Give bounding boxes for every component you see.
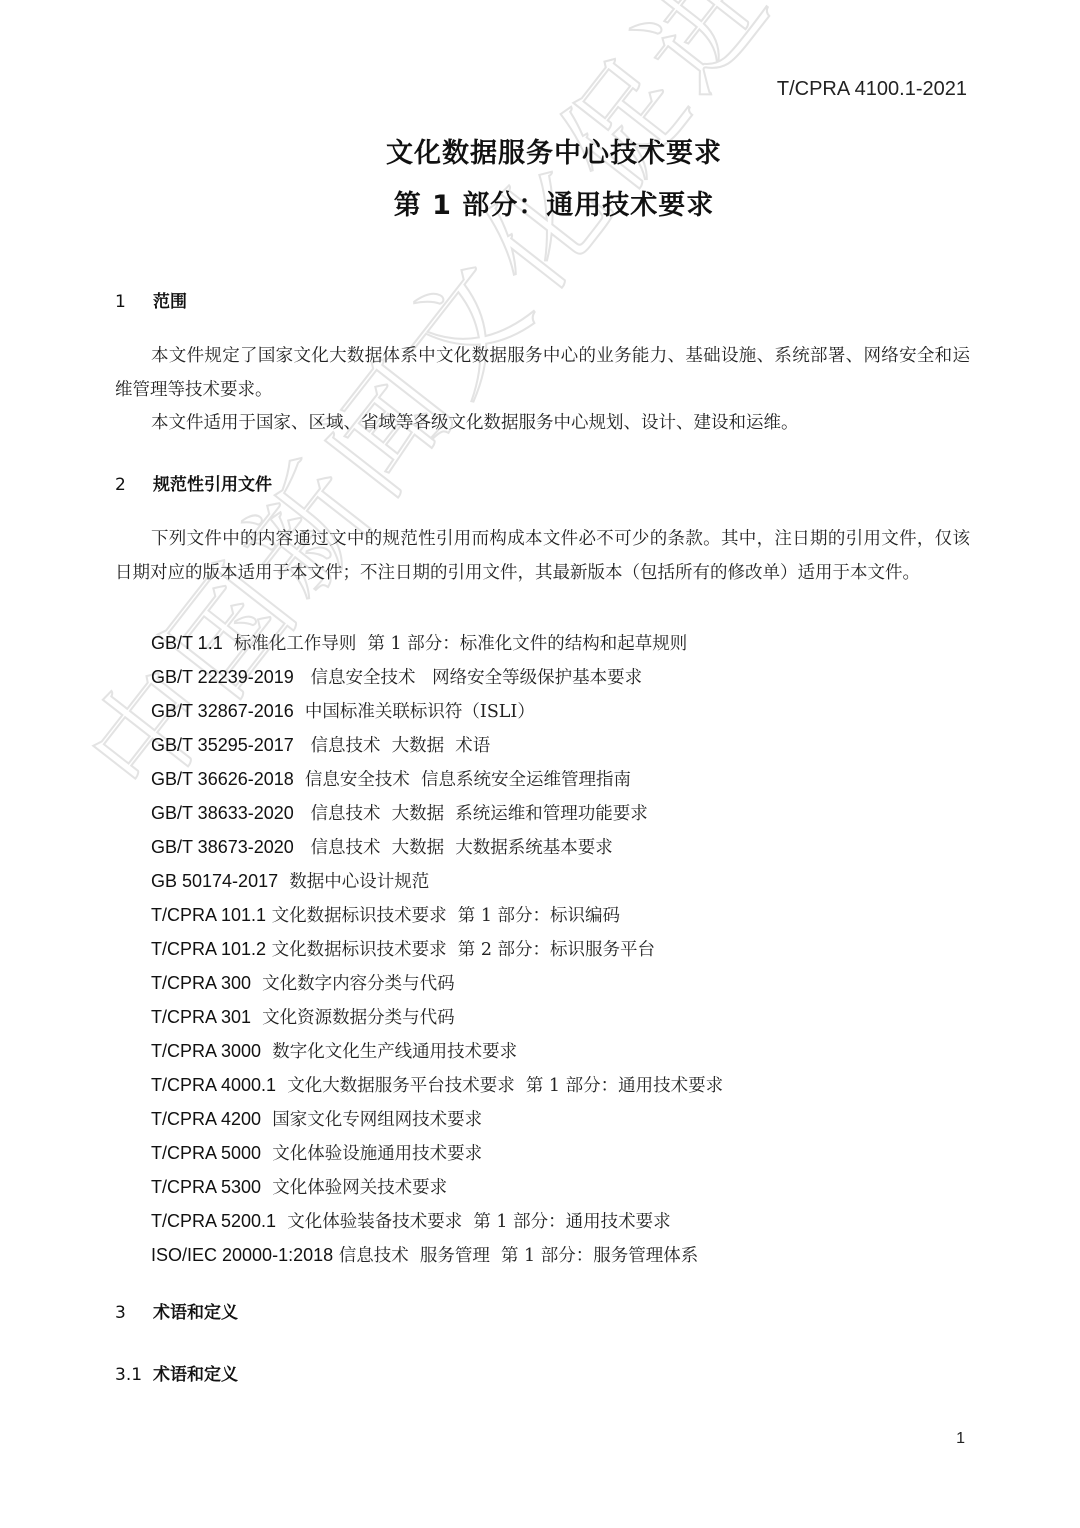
reference-code: ISO/IEC 20000-1:2018 xyxy=(151,1245,333,1265)
reference-title: 文化大数据服务平台技术要求 第 1 部分：通用技术要求 xyxy=(276,1076,723,1096)
section-number: 1 xyxy=(115,292,153,312)
document-title: 文化数据服务中心技术要求 xyxy=(0,131,1080,170)
reference-list: GB/T 1.1 标准化工作导则 第 1 部分：标准化文件的结构和起草规则 GB… xyxy=(151,626,723,1272)
reference-item: GB/T 32867-2016 中国标准关联标识符（ISLI） xyxy=(151,694,723,728)
section-1-heading: 1范围 xyxy=(115,287,187,312)
reference-title: 信息安全技术 网络安全等级保护基本要求 xyxy=(294,668,642,688)
reference-code: T/CPRA 5200.1 xyxy=(151,1211,276,1231)
reference-item: T/CPRA 4200 国家文化专网组网技术要求 xyxy=(151,1102,723,1136)
reference-item: GB/T 38673-2020 信息技术 大数据 大数据系统基本要求 xyxy=(151,830,723,864)
reference-item: T/CPRA 101.2 文化数据标识技术要求 第 2 部分：标识服务平台 xyxy=(151,932,723,966)
section-title: 术语和定义 xyxy=(153,1365,238,1385)
reference-item: GB/T 38633-2020 信息技术 大数据 系统运维和管理功能要求 xyxy=(151,796,723,830)
section-title: 规范性引用文件 xyxy=(153,475,272,495)
section-number: 2 xyxy=(115,475,153,495)
reference-item: GB 50174-2017 数据中心设计规范 xyxy=(151,864,723,898)
reference-item: GB/T 36626-2018 信息安全技术 信息系统安全运维管理指南 xyxy=(151,762,723,796)
reference-title: 文化资源数据分类与代码 xyxy=(251,1008,455,1028)
reference-title: 文化数字内容分类与代码 xyxy=(251,974,455,994)
document-code: T/CPRA 4100.1-2021 xyxy=(777,78,967,101)
reference-item: T/CPRA 5200.1 文化体验装备技术要求 第 1 部分：通用技术要求 xyxy=(151,1204,723,1238)
reference-code: GB/T 32867-2016 xyxy=(151,701,294,721)
page-number: 1 xyxy=(956,1430,965,1448)
reference-item: T/CPRA 3000 数字化文化生产线通用技术要求 xyxy=(151,1034,723,1068)
reference-item: ISO/IEC 20000-1:2018 信息技术 服务管理 第 1 部分：服务… xyxy=(151,1238,723,1272)
reference-code: T/CPRA 101.2 xyxy=(151,939,266,959)
reference-item: GB/T 35295-2017 信息技术 大数据 术语 xyxy=(151,728,723,762)
scope-paragraph-2: 本文件适用于国家、区域、省域等各级文化数据服务中心规划、设计、建设和运维。 xyxy=(115,406,970,440)
reference-title: 文化数据标识技术要求 第 2 部分：标识服务平台 xyxy=(266,940,655,960)
reference-title: 文化数据标识技术要求 第 1 部分：标识编码 xyxy=(266,906,620,926)
reference-code: GB/T 38673-2020 xyxy=(151,837,294,857)
reference-code: T/CPRA 4000.1 xyxy=(151,1075,276,1095)
reference-code: GB/T 38633-2020 xyxy=(151,803,294,823)
reference-title: 标准化工作导则 第 1 部分：标准化文件的结构和起草规则 xyxy=(223,634,688,654)
reference-item: GB/T 22239-2019 信息安全技术 网络安全等级保护基本要求 xyxy=(151,660,723,694)
reference-code: GB/T 1.1 xyxy=(151,633,223,653)
reference-code: GB 50174-2017 xyxy=(151,871,278,891)
reference-code: T/CPRA 4200 xyxy=(151,1109,261,1129)
reference-title: 信息技术 大数据 大数据系统基本要求 xyxy=(294,838,613,858)
reference-code: GB/T 36626-2018 xyxy=(151,769,294,789)
reference-title: 信息技术 服务管理 第 1 部分：服务管理体系 xyxy=(333,1246,698,1266)
reference-item: T/CPRA 4000.1 文化大数据服务平台技术要求 第 1 部分：通用技术要… xyxy=(151,1068,723,1102)
reference-title: 文化体验网关技术要求 xyxy=(261,1178,447,1198)
reference-item: GB/T 1.1 标准化工作导则 第 1 部分：标准化文件的结构和起草规则 xyxy=(151,626,723,660)
reference-title: 中国标准关联标识符（ISLI） xyxy=(294,702,535,722)
reference-title: 信息安全技术 信息系统安全运维管理指南 xyxy=(294,770,631,790)
reference-code: T/CPRA 101.1 xyxy=(151,905,266,925)
reference-title: 信息技术 大数据 术语 xyxy=(294,736,490,756)
section-3-1-heading: 3.1术语和定义 xyxy=(115,1360,238,1385)
reference-code: GB/T 35295-2017 xyxy=(151,735,294,755)
reference-item: T/CPRA 5000 文化体验设施通用技术要求 xyxy=(151,1136,723,1170)
reference-code: T/CPRA 301 xyxy=(151,1007,251,1027)
reference-item: T/CPRA 301 文化资源数据分类与代码 xyxy=(151,1000,723,1034)
reference-code: T/CPRA 5300 xyxy=(151,1177,261,1197)
section-3-heading: 3术语和定义 xyxy=(115,1298,238,1323)
section-title: 术语和定义 xyxy=(153,1303,238,1323)
reference-item: T/CPRA 5300 文化体验网关技术要求 xyxy=(151,1170,723,1204)
reference-title: 数字化文化生产线通用技术要求 xyxy=(261,1042,517,1062)
reference-item: T/CPRA 101.1 文化数据标识技术要求 第 1 部分：标识编码 xyxy=(151,898,723,932)
reference-code: T/CPRA 3000 xyxy=(151,1041,261,1061)
reference-title: 国家文化专网组网技术要求 xyxy=(261,1110,482,1130)
section-2-heading: 2规范性引用文件 xyxy=(115,470,272,495)
section-number: 3 xyxy=(115,1303,153,1323)
section-title: 范围 xyxy=(153,292,187,312)
normative-references-intro: 下列文件中的内容通过文中的规范性引用而构成本文件必不可少的条款。其中，注日期的引… xyxy=(115,522,970,590)
reference-title: 信息技术 大数据 系统运维和管理功能要求 xyxy=(294,804,648,824)
scope-paragraph-1: 本文件规定了国家文化大数据体系中文化数据服务中心的业务能力、基础设施、系统部署、… xyxy=(115,339,970,407)
reference-code: T/CPRA 300 xyxy=(151,973,251,993)
reference-title: 文化体验设施通用技术要求 xyxy=(261,1144,482,1164)
reference-title: 文化体验装备技术要求 第 1 部分：通用技术要求 xyxy=(276,1212,671,1232)
section-number: 3.1 xyxy=(115,1365,153,1385)
reference-title: 数据中心设计规范 xyxy=(278,872,429,892)
reference-item: T/CPRA 300 文化数字内容分类与代码 xyxy=(151,966,723,1000)
document-subtitle: 第 1 部分：通用技术要求 xyxy=(0,183,1080,222)
reference-code: T/CPRA 5000 xyxy=(151,1143,261,1163)
reference-code: GB/T 22239-2019 xyxy=(151,667,294,687)
